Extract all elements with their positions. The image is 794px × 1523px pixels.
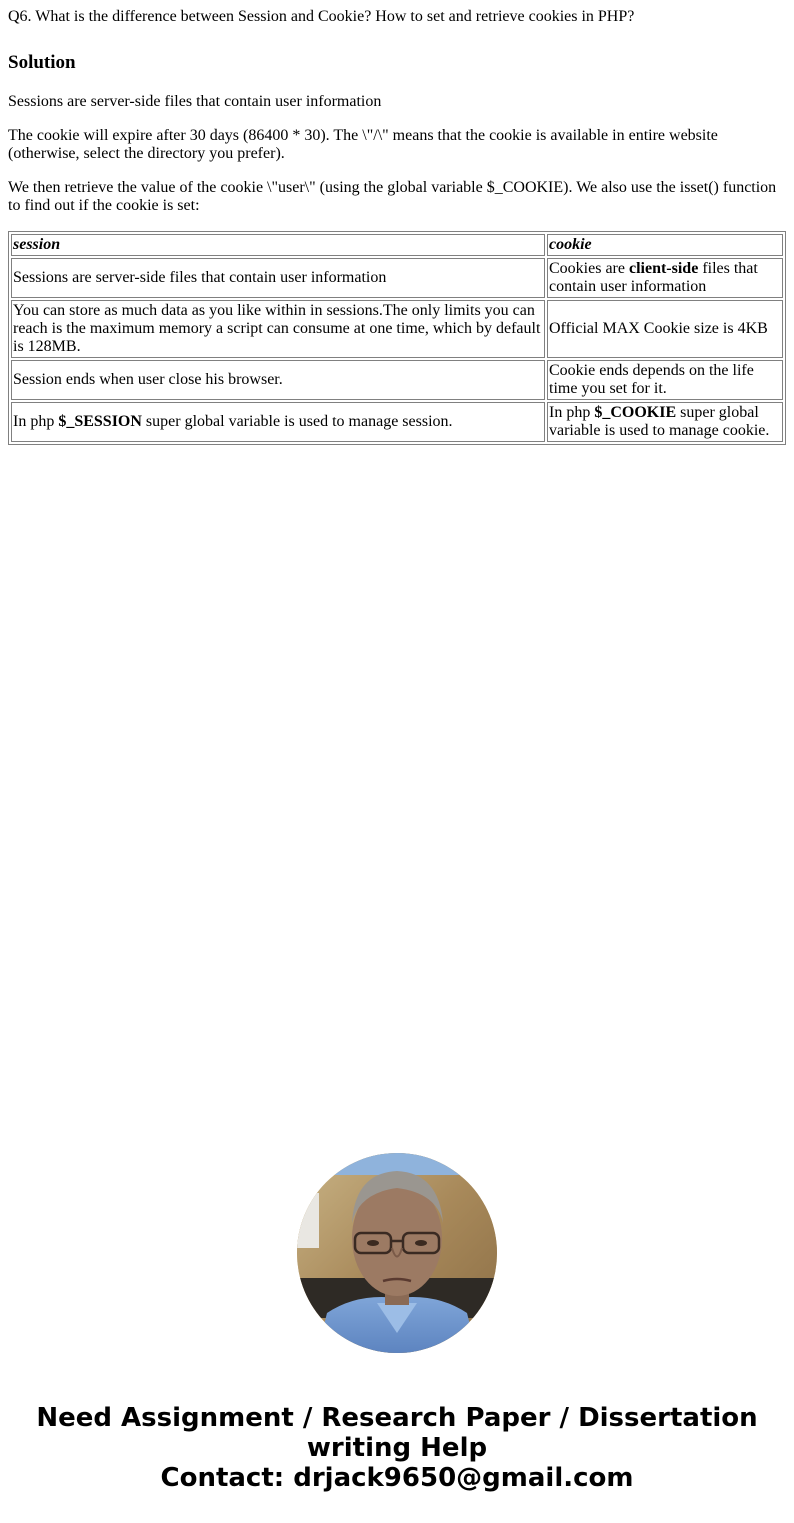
cell-text: Official MAX Cookie size is 4KB [549, 320, 768, 337]
cell-text: Sessions are server-side files that cont… [13, 269, 386, 286]
cookie-cell: Cookie ends depends on the life time you… [547, 360, 783, 400]
promo-contact: Contact: drjack9650@gmail.com [0, 1463, 794, 1493]
solution-heading: Solution [8, 52, 786, 74]
paragraph: The cookie will expire after 30 days (86… [8, 127, 786, 163]
paragraph: Sessions are server-side files that cont… [8, 93, 786, 111]
author-avatar [297, 1153, 497, 1353]
cookie-cell: Official MAX Cookie size is 4KB [547, 300, 783, 358]
session-cell: Sessions are server-side files that cont… [11, 258, 545, 298]
cell-text: You can store as much data as you like w… [13, 302, 540, 355]
cell-bold: client-side [629, 260, 698, 277]
cell-text: super global variable is used to manage … [142, 413, 453, 430]
cookie-cell: Cookies are client-side files that conta… [547, 258, 783, 298]
header-cookie: cookie [547, 234, 783, 256]
cell-text: Cookie ends depends on the life time you… [549, 362, 754, 397]
cell-bold: $_SESSION [58, 413, 142, 430]
portrait-image [297, 1153, 497, 1353]
cookie-cell: In php $_COOKIE super global variable is… [547, 402, 783, 442]
comparison-table: session cookie Sessions are server-side … [8, 231, 786, 445]
cell-bold: $_COOKIE [594, 404, 676, 421]
session-cell: Session ends when user close his browser… [11, 360, 545, 400]
cell-text: Session ends when user close his browser… [13, 371, 283, 388]
header-session: session [11, 234, 545, 256]
question-text: Q6. What is the difference between Sessi… [8, 8, 786, 26]
cell-text: In php [13, 413, 58, 430]
table-row: Sessions are server-side files that cont… [11, 258, 783, 298]
table-header-row: session cookie [11, 234, 783, 256]
session-cell: You can store as much data as you like w… [11, 300, 545, 358]
cell-text: Cookies are [549, 260, 629, 277]
table-row: In php $_SESSION super global variable i… [11, 402, 783, 442]
document-body: Q6. What is the difference between Sessi… [8, 0, 786, 445]
table-row: You can store as much data as you like w… [11, 300, 783, 358]
paragraph: We then retrieve the value of the cookie… [8, 179, 786, 215]
cell-text: In php [549, 404, 594, 421]
session-cell: In php $_SESSION super global variable i… [11, 402, 545, 442]
promo-banner: Need Assignment / Research Paper / Disse… [0, 1403, 794, 1493]
table-row: Session ends when user close his browser… [11, 360, 783, 400]
promo-line: Need Assignment / Research Paper / Disse… [0, 1403, 794, 1463]
